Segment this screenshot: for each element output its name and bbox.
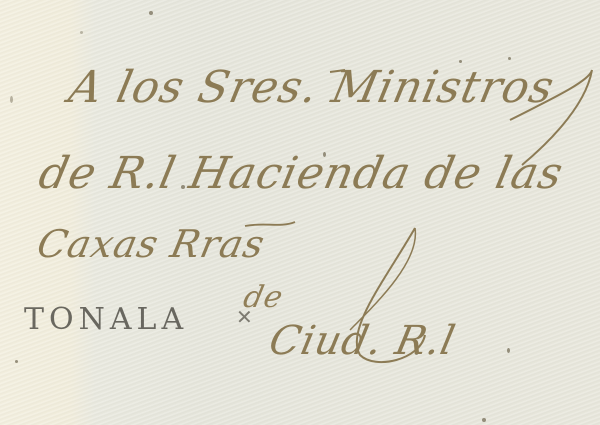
address-line-3: Caxas Rras: [33, 222, 269, 266]
address-line-5: Ciud. R.l: [265, 318, 460, 364]
address-line-2: de R.l Hacienda de las: [35, 148, 568, 199]
letter-cover: A los Sres. Ministros de R.l Hacienda de…: [0, 0, 600, 425]
foxing-spot: [80, 31, 83, 34]
foxing-spot: [508, 57, 511, 60]
address-line-1: A los Sres. Ministros: [65, 62, 559, 113]
postmark-ornament-icon: ✕: [236, 305, 253, 329]
tonala-postmark: TONALA: [24, 302, 188, 337]
foxing-spot: [149, 11, 153, 15]
foxing-spot: [507, 348, 510, 353]
foxing-spot: [10, 96, 13, 103]
foxing-spot: [15, 360, 18, 363]
foxing-spot: [482, 418, 486, 422]
